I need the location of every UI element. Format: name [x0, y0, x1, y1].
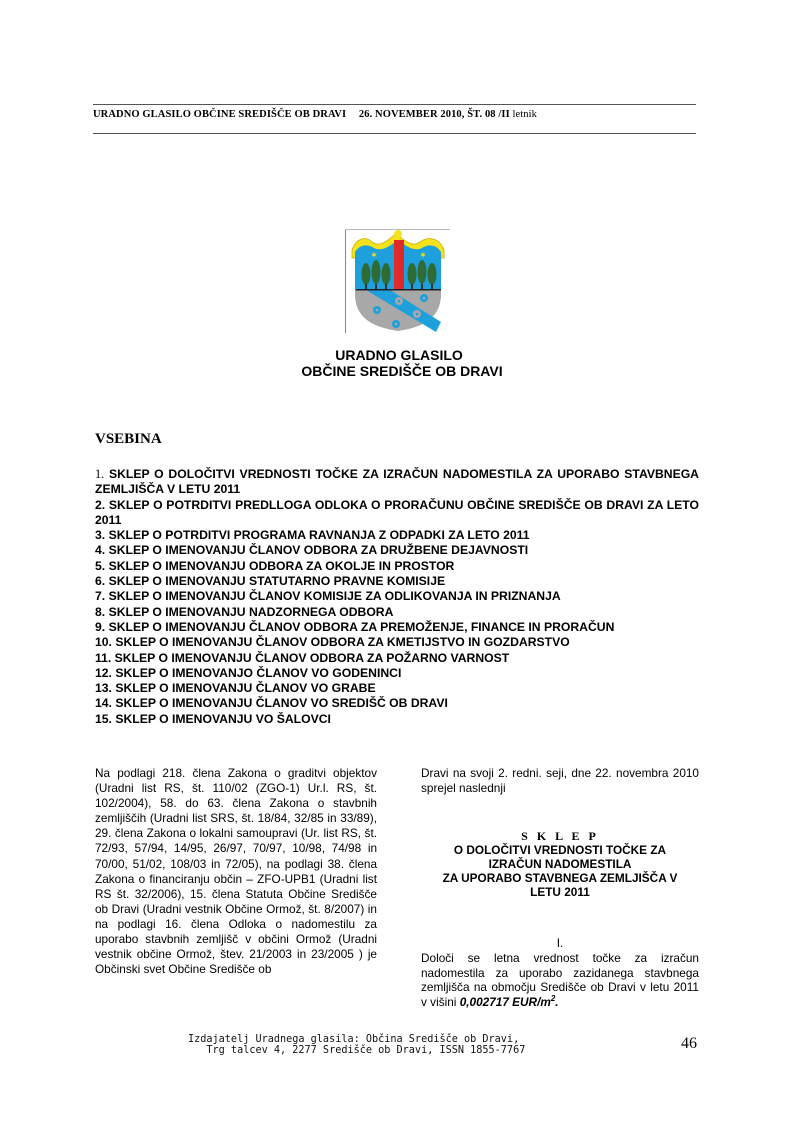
toc-item: 5. SKLEP O IMENOVANJU ODBORA ZA OKOLJE I… — [95, 559, 699, 574]
toc-item: 14. SKLEP O IMENOVANJU ČLANOV VO SREDIŠČ… — [95, 696, 699, 711]
preamble-right-column: Dravi na svoji 2. redni. seji, dne 22. n… — [421, 766, 699, 796]
resolution-title-line: O DOLOČITVI VREDNOSTI TOČKE ZA — [421, 843, 699, 857]
article-text: Določi se letna vrednost točke za izraču… — [421, 951, 699, 1009]
resolution-title-line: ZA UPORABO STAVBNEGA ZEMLJIŠČA V — [421, 871, 699, 885]
toc-item: 12. SKLEP O IMENOVANJO ČLANOV VO GODENIN… — [95, 666, 699, 681]
masthead-title: URADNO GLASILO — [2, 347, 794, 363]
preamble-text: Na podlagi 218. člena Zakona o graditvi … — [95, 766, 377, 977]
toc-item: 2. SKLEP O POTRDITVI PREDLLOGA ODLOKA O … — [95, 498, 699, 529]
running-header: URADNO GLASILO OBČINE SREDIŠČE OB DRAVI … — [93, 109, 537, 120]
toc-item: 6. SKLEP O IMENOVANJU STATUTARNO PRAVNE … — [95, 574, 699, 589]
toc-item: 13. SKLEP O IMENOVANJU ČLANOV VO GRABE — [95, 681, 699, 696]
toc-item: 15. SKLEP O IMENOVANJU VO ŠALOVCI — [95, 712, 699, 727]
contents-heading: VSEBINA — [95, 431, 162, 448]
toc-item: 9. SKLEP O IMENOVANJU ČLANOV ODBORA ZA P… — [95, 620, 699, 635]
svg-text:✶: ✶ — [419, 250, 427, 260]
publication-name: URADNO GLASILO OBČINE SREDIŠČE OB DRAVI — [93, 109, 346, 120]
coat-of-arms-icon: ✶ ✶ — [344, 228, 454, 334]
toc-item: 8. SKLEP O IMENOVANJU NADZORNEGA ODBORA — [95, 605, 699, 620]
publisher-footer: Izdajatelj Uradnega glasila: Občina Sred… — [188, 1034, 525, 1056]
svg-text:✶: ✶ — [370, 250, 378, 260]
masthead-subtitle: OBČINE SREDIŠČE OB DRAVI — [5, 363, 794, 379]
toc-item: 10. SKLEP O IMENOVANJU ČLANOV ODBORA ZA … — [95, 635, 699, 650]
toc-item: 1. SKLEP O DOLOČITVI VREDNOSTI TOČKE ZA … — [95, 467, 699, 498]
resolution-title: S K L E P O DOLOČITVI VREDNOSTI TOČKE ZA… — [421, 829, 699, 899]
volume-label: letnik — [513, 109, 538, 120]
document-page: URADNO GLASILO OBČINE SREDIŠČE OB DRAVI … — [0, 0, 794, 1123]
issue-date-number: 26. NOVEMBER 2010, ŠT. 08 /II — [359, 109, 510, 120]
toc-item: 4. SKLEP O IMENOVANJU ČLANOV ODBORA ZA D… — [95, 543, 699, 558]
page-number: 46 — [681, 1035, 697, 1053]
preamble-continuation: Dravi na svoji 2. redni. seji, dne 22. n… — [421, 766, 699, 796]
resolution-title-line: IZRAČUN NADOMESTILA — [421, 857, 699, 871]
resolution-label: S K L E P — [421, 829, 699, 843]
header-rule-bottom — [93, 133, 696, 134]
header-rule-top — [93, 104, 696, 105]
resolution-title-line: LETU 2011 — [421, 885, 699, 899]
toc-item: 11. SKLEP O IMENOVANJU ČLANOV ODBORA ZA … — [95, 651, 699, 666]
point-value: 0,002717 EUR/m2. — [460, 995, 559, 1009]
toc-item: 3. SKLEP O POTRDITVI PROGRAMA RAVNANJA Z… — [95, 528, 699, 543]
article-number: I. — [421, 936, 699, 950]
toc-item: 7. SKLEP O IMENOVANJU ČLANOV KOMISIJE ZA… — [95, 589, 699, 604]
table-of-contents: 1. SKLEP O DOLOČITVI VREDNOSTI TOČKE ZA … — [95, 467, 699, 727]
preamble-left-column: Na podlagi 218. člena Zakona o graditvi … — [95, 766, 377, 977]
